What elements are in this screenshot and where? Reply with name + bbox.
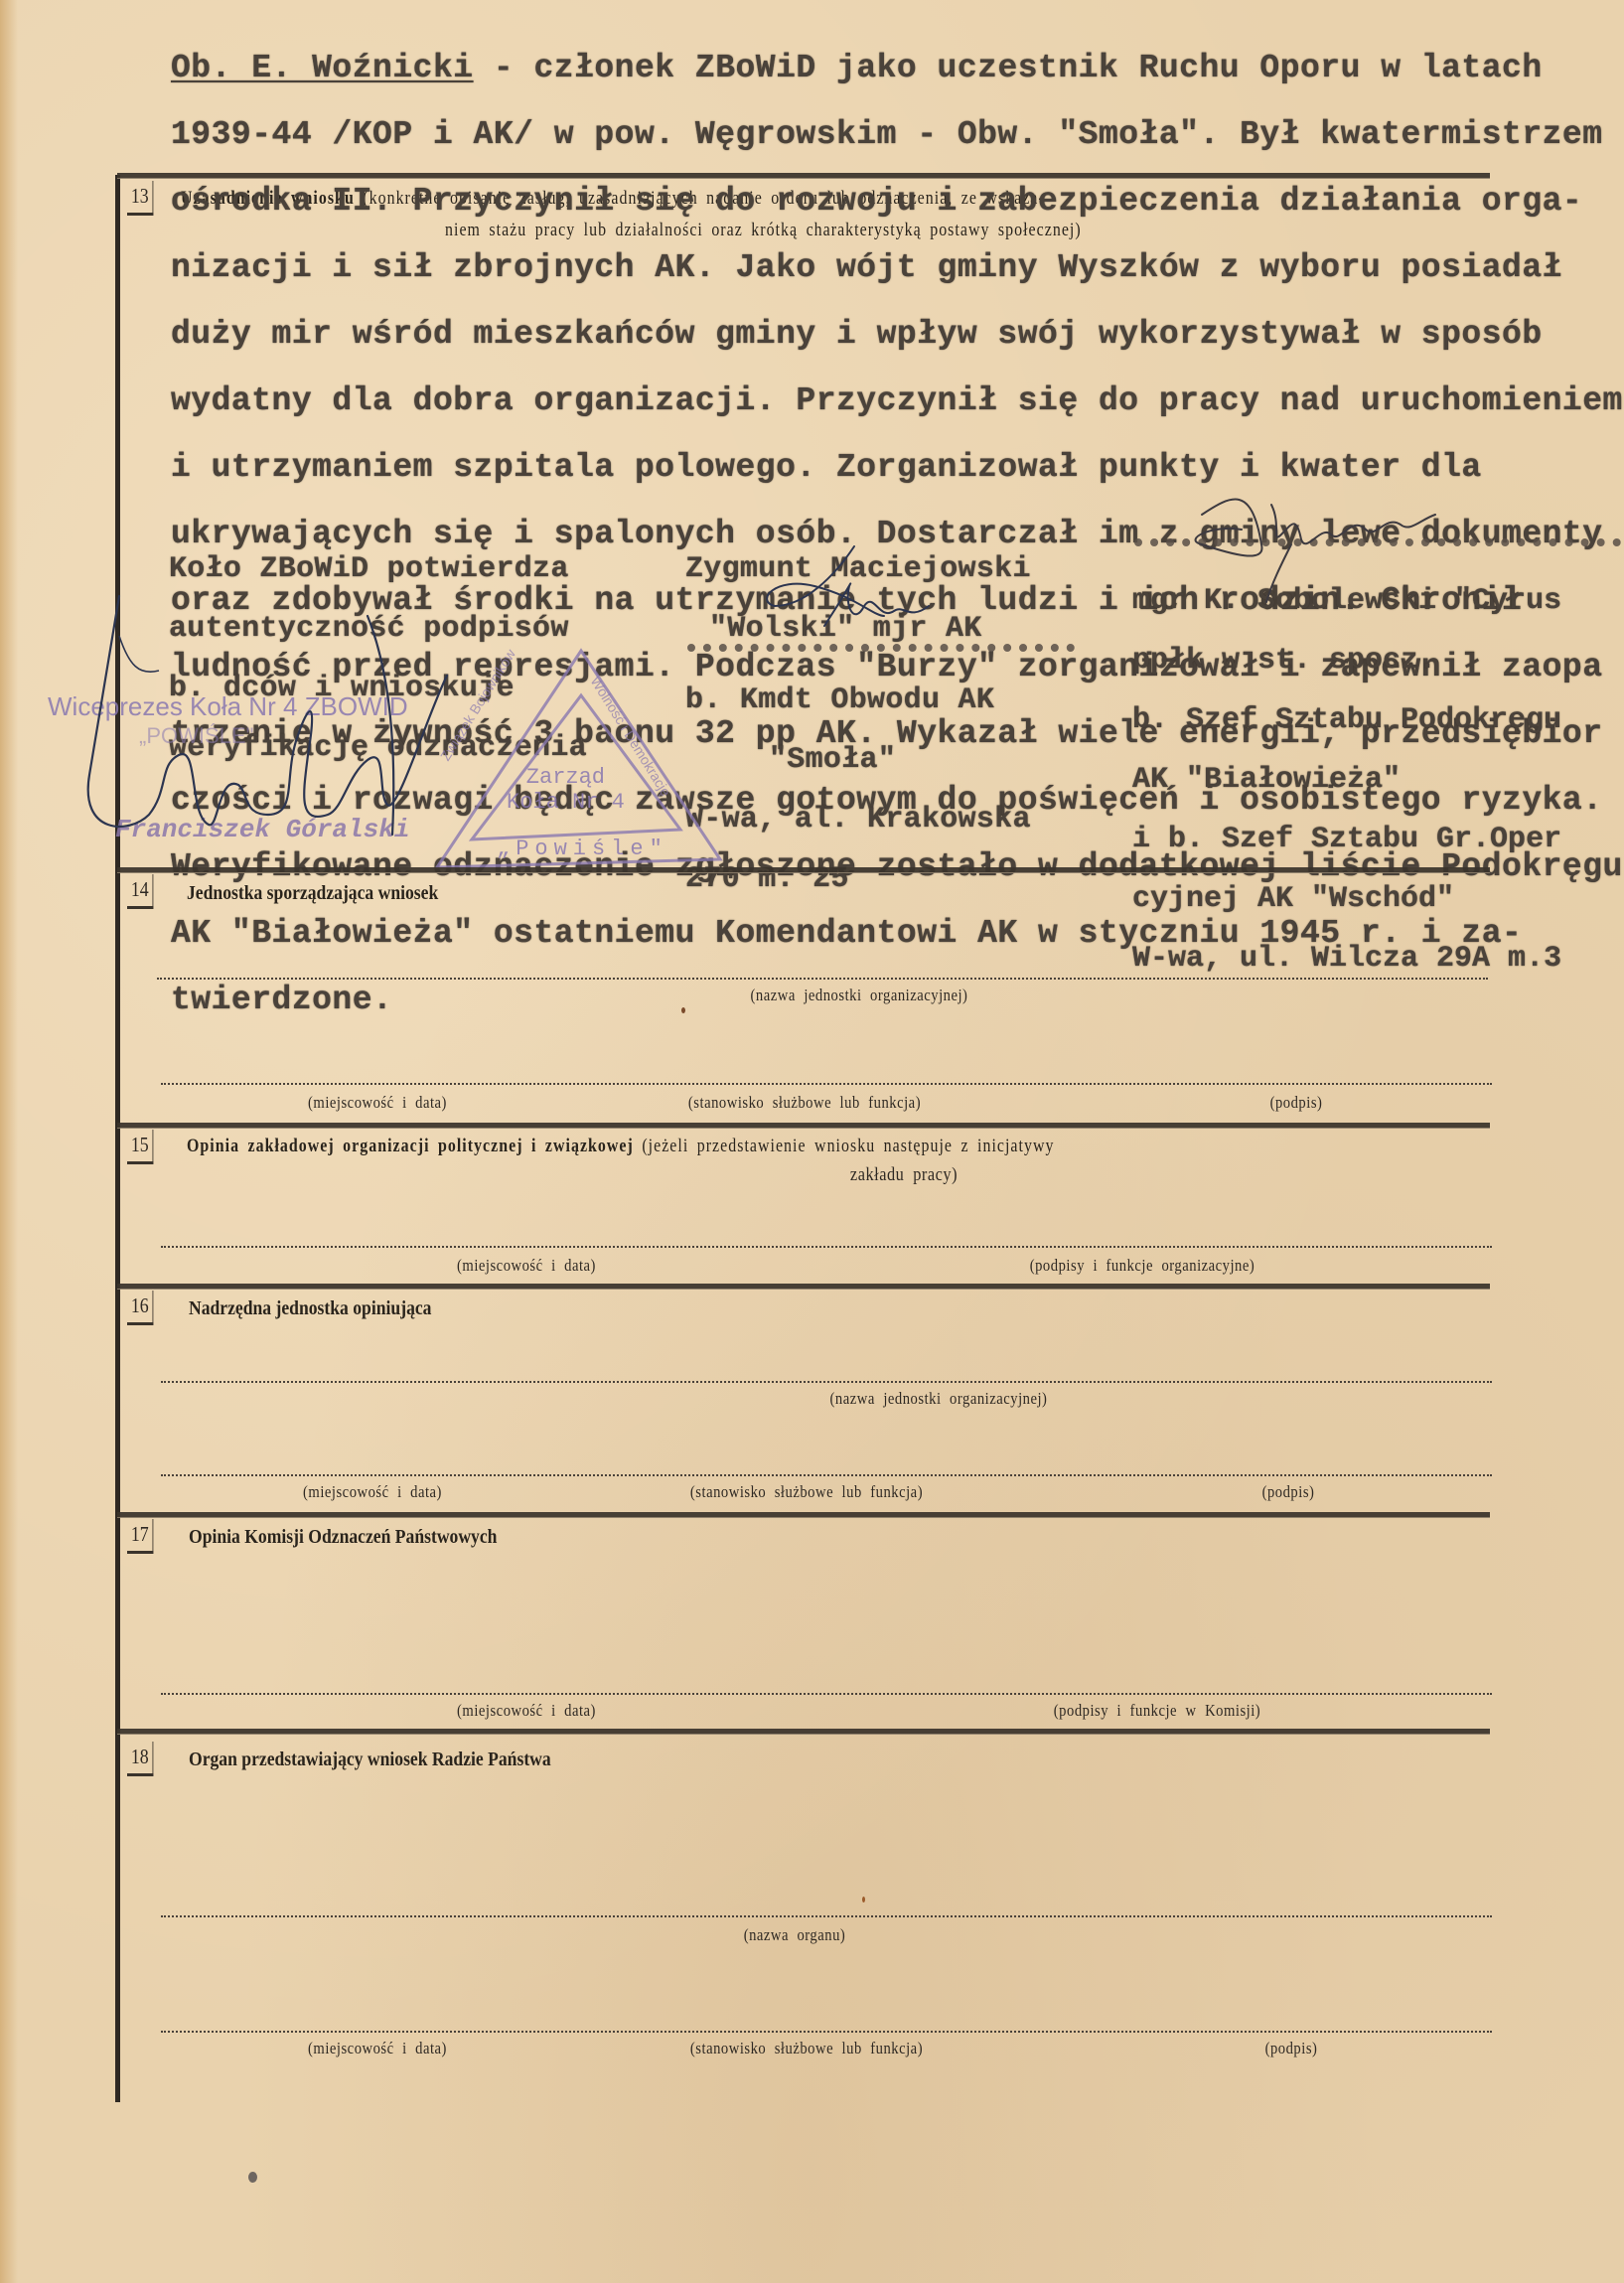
section-18-number: 18 [127,1742,153,1776]
paper-edge [0,0,18,2283]
section-15-label-line2: zakładu pracy) [793,1164,1015,1186]
section-14-caption-position: (stanowisko służbowe lub funkcja) [634,1093,975,1113]
signatory-right-block: mgr K. Sobolewski "Cyrus ppłk w st. spoc… [1132,556,1561,1003]
typed-line: Ob. E. Woźnicki - członek ZBoWiD jako uc… [171,52,1623,85]
ink-speck [862,1897,865,1902]
section-15-label: Opinia zakładowej organizacji polityczne… [187,1137,1054,1157]
section-17-caption-commission: (podpisy i funkcje w Komisji) [977,1701,1336,1721]
typed-line: duży mir wśród mieszkańców gminy i wpływ… [171,318,1623,352]
typed-line: ośrodka II. Przyczynił się do rozwoju i … [171,185,1623,219]
section-14-unit-name-caption: (nazwa jednostki organizacyjnej) [659,986,1060,1005]
handwritten-signature-middle [755,536,973,646]
section-18-signature-field[interactable] [161,2031,1492,2033]
section-18-organ-name-field[interactable] [161,1915,1492,1917]
section-14-label: Jednostka sporządzająca wniosek [187,882,438,905]
handwritten-signature-left [70,576,487,894]
section-14-caption-place-date: (miejscowość i data) [249,1093,506,1113]
section-15-number: 15 [127,1130,153,1164]
section-16-unit-name-field[interactable] [161,1381,1492,1383]
section-15-label-normal: (jeżeli przedstawienie wniosku następuje… [642,1137,1054,1156]
typed-line: wydatny dla dobra organizacji. Przyczyni… [171,384,1623,418]
typed-subject-name: Ob. E. Woźnicki [171,50,474,86]
section-16-caption-position: (stanowisko służbowe lub funkcja) [636,1482,977,1502]
form-left-border [115,175,120,2102]
section-16-signature-field[interactable] [161,1474,1492,1476]
triangle-stamp-center: Zarząd Koła Nr 4 [507,765,625,815]
ink-speck [248,2172,257,2183]
typed-line: 1939-44 /KOP i AK/ w pow. Węgrowskim - O… [171,118,1623,152]
section-14-unit-name-field[interactable] [157,978,1488,980]
section-14-caption-signature: (podpis) [1233,1093,1361,1113]
section-15-caption-signatures: (podpisy i funkcje organizacyjne) [962,1256,1321,1276]
section-18-top-rule [117,1729,1490,1735]
section-17-caption-place-date: (miejscowość i data) [398,1701,655,1721]
section-16-unit-name-caption: (nazwa jednostki organizacyjnej) [738,1389,1139,1409]
section-14-number: 14 [127,874,153,909]
section-14-top-rule [117,867,1490,873]
section-18-organ-name-caption: (nazwa organu) [700,1925,888,1945]
section-15-top-rule [117,1123,1490,1129]
section-17-number: 17 [127,1519,153,1554]
triangle-stamp-bottom: „Powiśle" [497,837,668,861]
handwritten-signature-right [1172,485,1470,604]
section-16-number: 16 [127,1291,153,1325]
section-15-caption-place-date: (miejscowość i data) [398,1256,655,1276]
section-17-label: Opinia Komisji Odznaczeń Państwowych [189,1526,497,1549]
section-16-top-rule [117,1284,1490,1290]
section-18-caption-signature: (podpis) [1228,2039,1356,2058]
section-16-caption-signature: (podpis) [1225,1482,1353,1502]
section-16-caption-place-date: (miejscowość i data) [244,1482,501,1502]
section-17-signature-field[interactable] [161,1693,1492,1695]
section-16-label: Nadrzędna jednostka opiniująca [189,1297,431,1320]
typed-line: i utrzymaniem szpitala polowego. Zorgani… [171,451,1623,485]
section-15-signature-field[interactable] [161,1246,1492,1248]
section-14-signature-field[interactable] [161,1083,1492,1085]
ink-speck [681,1007,685,1013]
typed-line: nizacji i sił zbrojnych AK. Jako wójt gm… [171,251,1623,285]
section-18-caption-place-date: (miejscowość i data) [249,2039,506,2058]
section-17-top-rule [117,1512,1490,1518]
signatory-middle-role: b. Kmdt Obwodu AK "Smoła" W-wa, al. Krak… [685,656,1031,924]
section-13-number: 13 [127,181,153,216]
section-18-caption-position: (stanowisko służbowe lub funkcja) [636,2039,977,2058]
section-18-label: Organ przedstawiający wniosek Radzie Pań… [189,1749,551,1771]
section-15-label-bold: Opinia zakładowej organizacji polityczne… [187,1137,634,1156]
